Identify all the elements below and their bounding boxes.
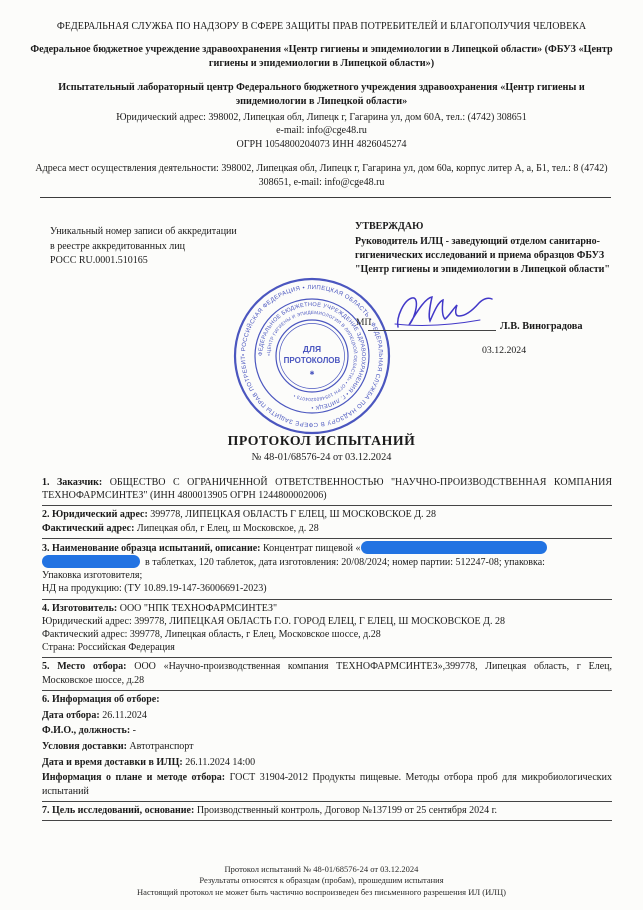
section-customer-label: 1. Заказчик: — [42, 477, 102, 488]
section-customer-text: ОБЩЕСТВО С ОГРАНИЧЕННОЙ ОТВЕТСТВЕННОСТЬЮ… — [42, 477, 612, 501]
sampling-method-label: Информация о плане и методе отбора: — [42, 772, 225, 783]
accreditation-line-1: Уникальный номер записи об аккредитации — [50, 225, 237, 240]
sampling-place-value: ООО «Научно-производственная компания ТЕ… — [42, 661, 612, 685]
section-manufacturer: 4. Изготовитель: ООО "НПК ТЕХНОФАРМСИНТЕ… — [42, 600, 612, 659]
delivery-conditions-value: Автотранспорт — [129, 741, 193, 752]
actual-address-row: Фактический адрес: Липецкая обл, г Елец,… — [42, 522, 612, 535]
ogrn-inn-line: ОГРН 1054800204073 ИНН 4826045274 — [28, 138, 615, 152]
delivery-datetime-value: 26.11.2024 14:00 — [185, 757, 255, 768]
sampling-person-label: Ф.И.О., должность: — [42, 725, 130, 736]
sampling-method-row: Информация о плане и методе отбора: ГОСТ… — [42, 771, 612, 797]
sample-name-lead: Концентрат пищевой « — [263, 543, 361, 554]
delivery-datetime-label: Дата и время доставки в ИЛЦ: — [42, 757, 183, 768]
sampling-date-label: Дата отбора: — [42, 710, 100, 721]
sample-name-row: 3. Наименование образца испытаний, описа… — [42, 541, 612, 555]
footer-protocol-number: Протокол испытаний № 48-01/68576-24 от 0… — [0, 864, 643, 875]
manufacturer-legal-address: Юридический адрес: 399778, ЛИПЕЦКАЯ ОБЛА… — [42, 615, 612, 628]
sample-details-text: в таблетках, 120 таблеток, дата изготовл… — [145, 557, 545, 568]
sample-packaging-row: Упаковка изготовителя; — [42, 569, 612, 582]
section-customer: 1. Заказчик: ОБЩЕСТВО С ОГРАНИЧЕННОЙ ОТВ… — [42, 474, 612, 506]
agency-name: ФЕДЕРАЛЬНАЯ СЛУЖБА ПО НАДЗОРУ В СФЕРЕ ЗА… — [28, 20, 615, 34]
protocol-number: № 48-01/68576-24 от 03.12.2024 — [0, 452, 643, 463]
section-sampling-info: 6. Информация об отборе: Дата отбора: 26… — [42, 691, 612, 802]
actual-address-value: Липецкая обл, г Елец, ш Московское, д. 2… — [137, 523, 319, 534]
email-line: e-mail: info@cge48.ru — [28, 124, 615, 138]
scanned-protocol-page: ФЕДЕРАЛЬНАЯ СЛУЖБА ПО НАДЗОРУ В СФЕРЕ ЗА… — [0, 0, 643, 910]
actual-address-label: Фактический адрес: — [42, 523, 134, 534]
mp-seal-label: МП — [356, 318, 371, 328]
header-divider — [40, 197, 611, 198]
organization-name: Федеральное бюджетное учреждение здравоо… — [28, 43, 615, 71]
stamp-center-line-2: ПРОТОКОЛОВ — [284, 356, 341, 365]
delivery-conditions-row: Условия доставки: Автотранспорт — [42, 740, 612, 753]
accreditation-line-2: в реестре аккредитованных лиц — [50, 240, 237, 255]
sampling-person-row: Ф.И.О., должность: - — [42, 724, 612, 737]
approval-heading: УТВЕРЖДАЮ — [355, 220, 613, 234]
stamp-center-line-1: ДЛЯ — [303, 344, 321, 354]
legal-address-value: 399778, ЛИПЕЦКАЯ ОБЛАСТЬ Г ЕЛЕЦ, Ш МОСКО… — [150, 509, 436, 520]
approval-date: 03.12.2024 — [482, 345, 526, 356]
footer-results-note: Результаты относятся к образцам (пробам)… — [0, 875, 643, 886]
sampling-person-value: - — [133, 725, 136, 736]
legal-address-row: 2. Юридический адрес: 399778, ЛИПЕЦКАЯ О… — [42, 508, 612, 521]
accreditation-number: РОСС RU.0001.510165 — [50, 254, 237, 269]
stamp-center-mark: ✱ — [309, 370, 314, 377]
purpose-value: Производственный контроль, Договор №1371… — [197, 805, 497, 816]
purpose-label: 7. Цель исследований, основание: — [42, 805, 194, 816]
page-footer: Протокол испытаний № 48-01/68576-24 от 0… — [0, 864, 643, 898]
delivery-conditions-label: Условия доставки: — [42, 741, 127, 752]
legal-address-label: 2. Юридический адрес: — [42, 509, 148, 520]
section-sample: 3. Наименование образца испытаний, описа… — [42, 539, 612, 600]
protocol-title-block: ПРОТОКОЛ ИСПЫТАНИЙ № 48-01/68576-24 от 0… — [0, 433, 643, 463]
sample-nd-row: НД на продукцию: (ТУ 10.89.19-147-360066… — [42, 582, 612, 595]
manufacturer-value: ООО "НПК ТЕХНОФАРМСИНТЕЗ" — [120, 603, 277, 614]
manufacturer-label: 4. Изготовитель: — [42, 603, 117, 614]
signer-name: Л.В. Виноградова — [500, 321, 583, 332]
redaction-bar-2 — [42, 555, 140, 568]
protocol-title: ПРОТОКОЛ ИСПЫТАНИЙ — [0, 433, 643, 449]
accreditation-block: Уникальный номер записи об аккредитации … — [50, 225, 237, 269]
approval-block: УТВЕРЖДАЮ Руководитель ИЛЦ - заведующий … — [355, 220, 613, 277]
sampling-date-row: Дата отбора: 26.11.2024 — [42, 709, 612, 722]
letterhead: ФЕДЕРАЛЬНАЯ СЛУЖБА ПО НАДЗОРУ В СФЕРЕ ЗА… — [28, 20, 615, 189]
legal-address: Юридический адрес: 398002, Липецкая обл,… — [28, 111, 615, 125]
lab-center-name: Испытательный лабораторный центр Федерал… — [28, 81, 615, 109]
sample-details-row: в таблетках, 120 таблеток, дата изготовл… — [42, 555, 612, 569]
footer-reproduction-note: Настоящий протокол не может быть частичн… — [0, 887, 643, 898]
delivery-datetime-row: Дата и время доставки в ИЛЦ: 26.11.2024 … — [42, 756, 612, 769]
redaction-bar-1 — [361, 541, 547, 554]
manufacturer-actual-address: Фактический адрес: 399778, Липецкая обла… — [42, 628, 612, 641]
activity-addresses: Адреса мест осуществления деятельности: … — [28, 162, 615, 189]
sample-name-label: 3. Наименование образца испытаний, описа… — [42, 543, 260, 554]
signature-stroke — [392, 290, 504, 334]
sampling-info-label: 6. Информация об отборе: — [42, 693, 612, 706]
manufacturer-row: 4. Изготовитель: ООО "НПК ТЕХНОФАРМСИНТЕ… — [42, 602, 612, 615]
section-purpose: 7. Цель исследований, основание: Произво… — [42, 802, 612, 821]
sampling-place-label: 5. Место отбора: — [42, 661, 127, 672]
protocol-sections: 1. Заказчик: ОБЩЕСТВО С ОГРАНИЧЕННОЙ ОТВ… — [42, 474, 612, 821]
sampling-date-value: 26.11.2024 — [102, 710, 147, 721]
section-legal-address: 2. Юридический адрес: 399778, ЛИПЕЦКАЯ О… — [42, 506, 612, 538]
round-stamp: • РОССИЙСКАЯ ФЕДЕРАЦИЯ • ЛИПЕЦКАЯ ОБЛАСТ… — [232, 276, 392, 436]
section-sampling-place: 5. Место отбора: ООО «Научно-производств… — [42, 658, 612, 690]
manufacturer-country: Страна: Российская Федерация — [42, 641, 612, 654]
approval-body: Руководитель ИЛЦ - заведующий отделом са… — [355, 235, 613, 277]
